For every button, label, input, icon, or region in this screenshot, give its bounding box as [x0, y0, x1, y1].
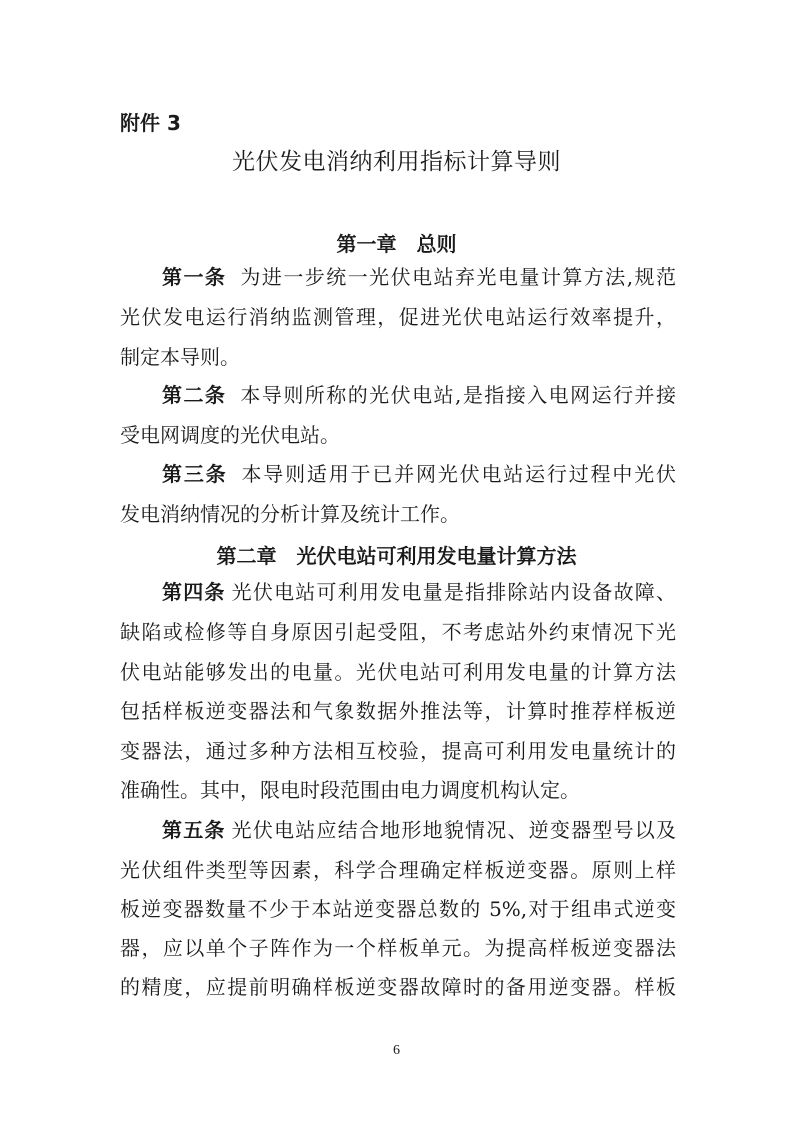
article-5-line-5: 的精度，应提前明确样板逆变器故障时的备用逆变器。样板 — [120, 973, 676, 1001]
chapter-heading-1: 第一章 总则 — [0, 228, 793, 257]
article-text: 本导则适用于已并网光伏电站运行过程中光伏 — [241, 462, 676, 486]
article-text: 光伏电站应结合地形地貌情况、逆变器型号以及 — [232, 818, 676, 842]
article-4-line-1: 第四条光伏电站可利用发电量是指排除站内设备故障、 — [162, 578, 676, 606]
article-label: 第一条 — [162, 265, 226, 289]
article-label: 第二条 — [162, 383, 226, 407]
article-label: 第三条 — [162, 462, 227, 486]
article-4-line-2: 缺陷或检修等自身原因引起受阻，不考虑站外约束情况下光 — [120, 618, 676, 646]
article-1-line-2: 光伏发电运行消纳监测管理，促进光伏电站运行效率提升， — [120, 303, 676, 331]
article-label: 第四条 — [162, 580, 226, 604]
document-page: 附件 3 光伏发电消纳利用指标计算导则 第一章 总则 第一条为进一步统一光伏电站… — [0, 0, 793, 1122]
article-1-line-3: 制定本导则。 — [120, 343, 676, 371]
document-title: 光伏发电消纳利用指标计算导则 — [0, 143, 793, 176]
article-4-line-5: 变器法，通过多种方法相互校验，提高可利用发电量统计的 — [120, 737, 676, 765]
page-number: 6 — [0, 1043, 793, 1059]
article-3-line-1: 第三条本导则适用于已并网光伏电站运行过程中光伏 — [162, 460, 676, 488]
article-2-line-1: 第二条本导则所称的光伏电站,是指接入电网运行并接 — [162, 381, 676, 409]
article-3-line-2: 发电消纳情况的分析计算及统计工作。 — [120, 500, 676, 528]
chapter-heading-2: 第二章 光伏电站可利用发电量计算方法 — [0, 540, 793, 569]
article-2-line-2: 受电网调度的光伏电站。 — [120, 421, 676, 449]
article-text: 为进一步统一光伏电站弃光电量计算方法,规范 — [240, 265, 676, 289]
article-5-line-3: 板逆变器数量不少于本站逆变器总数的 5%,对于组串式逆变 — [120, 895, 676, 923]
article-label: 第五条 — [162, 818, 226, 842]
article-4-line-4: 包括样板逆变器法和气象数据外推法等，计算时推荐样板逆 — [120, 697, 676, 725]
article-1-line-1: 第一条为进一步统一光伏电站弃光电量计算方法,规范 — [162, 263, 676, 291]
attachment-label: 附件 3 — [120, 107, 181, 136]
article-text: 光伏电站可利用发电量是指排除站内设备故障、 — [232, 580, 676, 604]
article-text: 本导则所称的光伏电站,是指接入电网运行并接 — [240, 383, 676, 407]
article-4-line-3: 伏电站能够发出的电量。光伏电站可利用发电量的计算方法 — [120, 658, 676, 686]
article-5-line-1: 第五条光伏电站应结合地形地貌情况、逆变器型号以及 — [162, 816, 676, 844]
article-5-line-4: 器，应以单个子阵作为一个样板单元。为提高样板逆变器法 — [120, 934, 676, 962]
article-4-line-6: 准确性。其中，限电时段范围由电力调度机构认定。 — [120, 776, 676, 804]
article-5-line-2: 光伏组件类型等因素，科学合理确定样板逆变器。原则上样 — [120, 856, 676, 884]
